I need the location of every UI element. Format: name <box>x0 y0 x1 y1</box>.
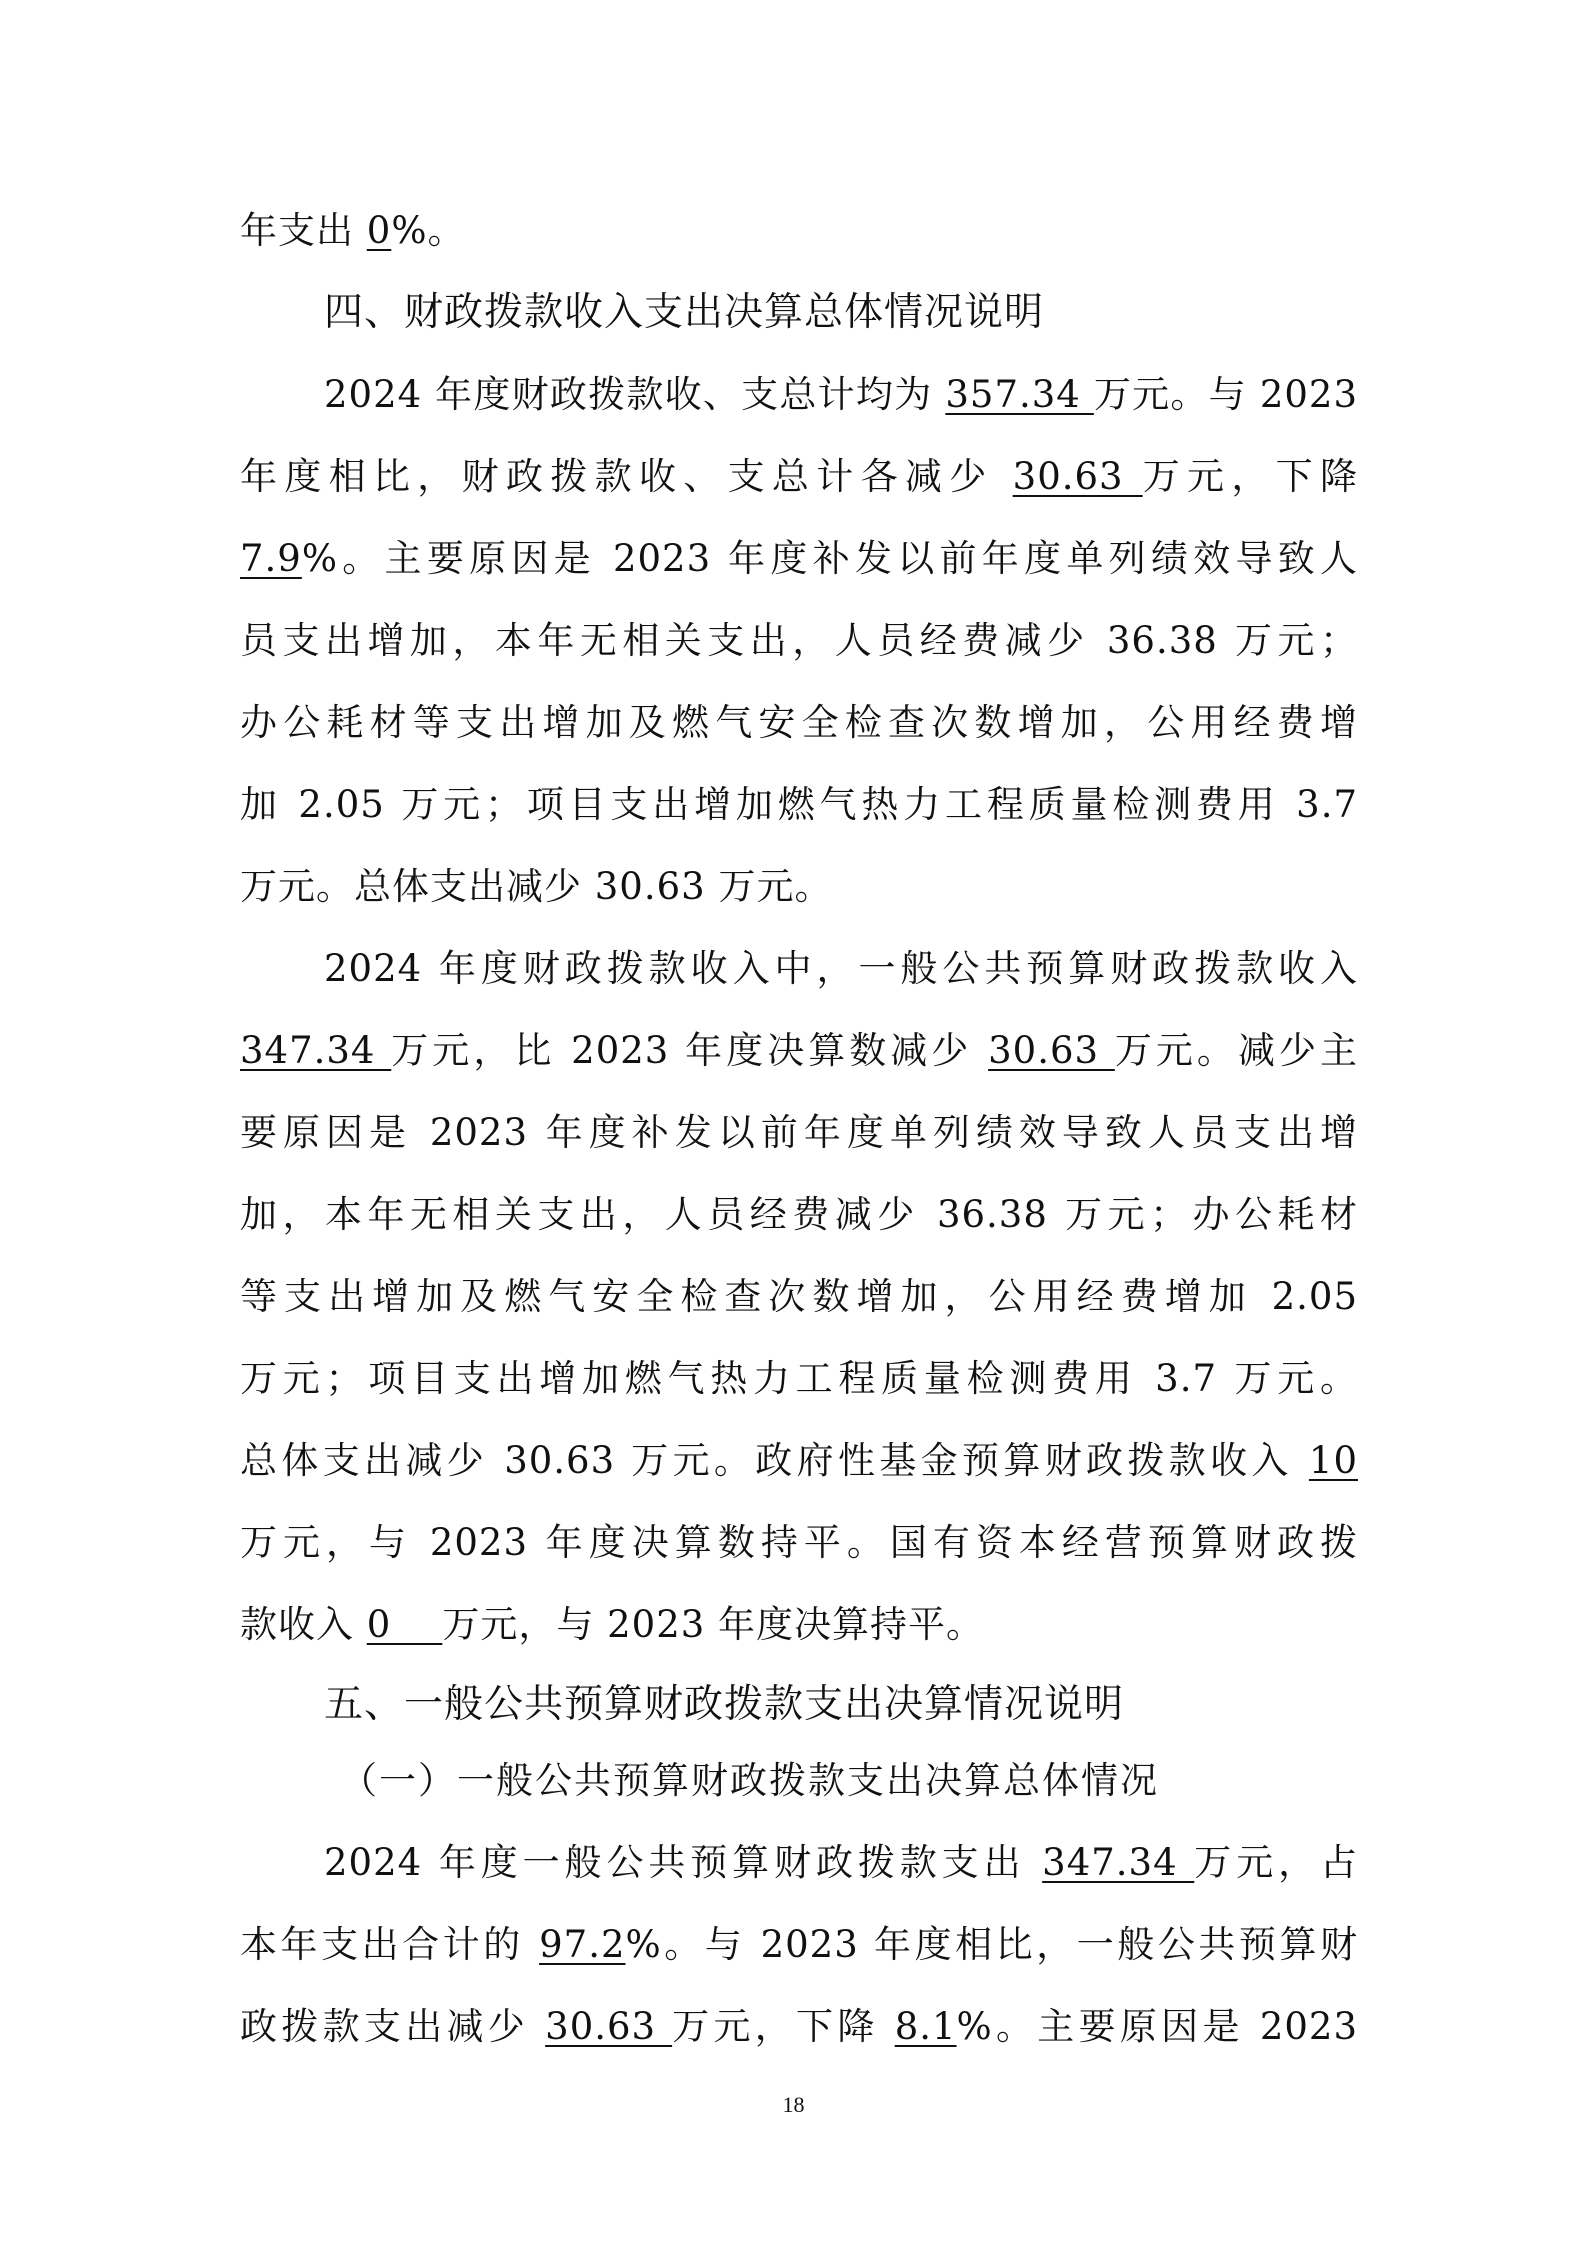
subsection-heading: （一）一般公共预算财政拨款支出决算总体情况 <box>340 1740 1159 1822</box>
underlined-value: 357.34 <box>945 373 1093 416</box>
underlined-value: 97.2 <box>539 1923 625 1966</box>
page-number: 18 <box>0 2092 1587 2118</box>
underlined-value: 30.63 <box>545 2005 672 2048</box>
text-line: 万元。总体支出减少 30.63 万元。 <box>240 846 1358 928</box>
underlined-value: 0 <box>367 209 392 252</box>
text-line: 办公耗材等支出增加及燃气安全检查次数增加，公用经费增 <box>240 682 1358 764</box>
underlined-value: 347.34 <box>240 1029 391 1072</box>
text-line: 万元；项目支出增加燃气热力工程质量检测费用 3.7 万元。 <box>240 1338 1358 1420</box>
text-line: 要原因是 2023 年度补发以前年度单列绩效导致人员支出增 <box>240 1092 1358 1174</box>
section-heading-4: 四、财政拨款收入支出决算总体情况说明 <box>324 272 1044 354</box>
text-line: 政拨款支出减少 30.63 万元，下降 8.1%。主要原因是 2023 <box>240 1986 1358 2068</box>
text-line: 款收入 0 万元，与 2023 年度决算持平。 <box>240 1584 1358 1666</box>
text-line: 员支出增加，本年无相关支出，人员经费减少 36.38 万元； <box>240 600 1358 682</box>
text-line: 2024 年度财政拨款收、支总计均为 357.34 万元。与 2023 <box>240 354 1358 436</box>
underlined-value: 8.1 <box>895 2005 957 2048</box>
text-line: 总体支出减少 30.63 万元。政府性基金预算财政拨款收入 10 <box>240 1420 1358 1502</box>
underlined-value: 0 <box>367 1603 443 1646</box>
text-line: 年支出 0%。 <box>240 190 1358 272</box>
section-heading-5: 五、一般公共预算财政拨款支出决算情况说明 <box>324 1664 1124 1746</box>
text-line: 2024 年度一般公共预算财政拨款支出 347.34 万元，占 <box>240 1822 1358 1904</box>
text-line: 加 2.05 万元；项目支出增加燃气热力工程质量检测费用 3.7 <box>240 764 1358 846</box>
text-line: 347.34 万元，比 2023 年度决算数减少 30.63 万元。减少主 <box>240 1010 1358 1092</box>
text-line: 2024 年度财政拨款收入中，一般公共预算财政拨款收入 <box>240 928 1358 1010</box>
underlined-value: 7.9 <box>240 537 302 580</box>
text-line: 7.9%。主要原因是 2023 年度补发以前年度单列绩效导致人 <box>240 518 1358 600</box>
underlined-value: 30.63 <box>988 1029 1115 1072</box>
text-line: 等支出增加及燃气安全检查次数增加，公用经费增加 2.05 <box>240 1256 1358 1338</box>
text-line: 加，本年无相关支出，人员经费减少 36.38 万元；办公耗材 <box>240 1174 1358 1256</box>
underlined-value: 10 <box>1309 1439 1358 1482</box>
text-line: 本年支出合计的 97.2%。与 2023 年度相比，一般公共预算财 <box>240 1904 1358 1986</box>
underlined-value: 30.63 <box>1013 455 1143 498</box>
text-line: 年度相比，财政拨款收、支总计各减少 30.63 万元，下降 <box>240 436 1358 518</box>
underlined-value: 347.34 <box>1042 1841 1194 1884</box>
text-line: 万元，与 2023 年度决算数持平。国有资本经营预算财政拨 <box>240 1502 1358 1584</box>
